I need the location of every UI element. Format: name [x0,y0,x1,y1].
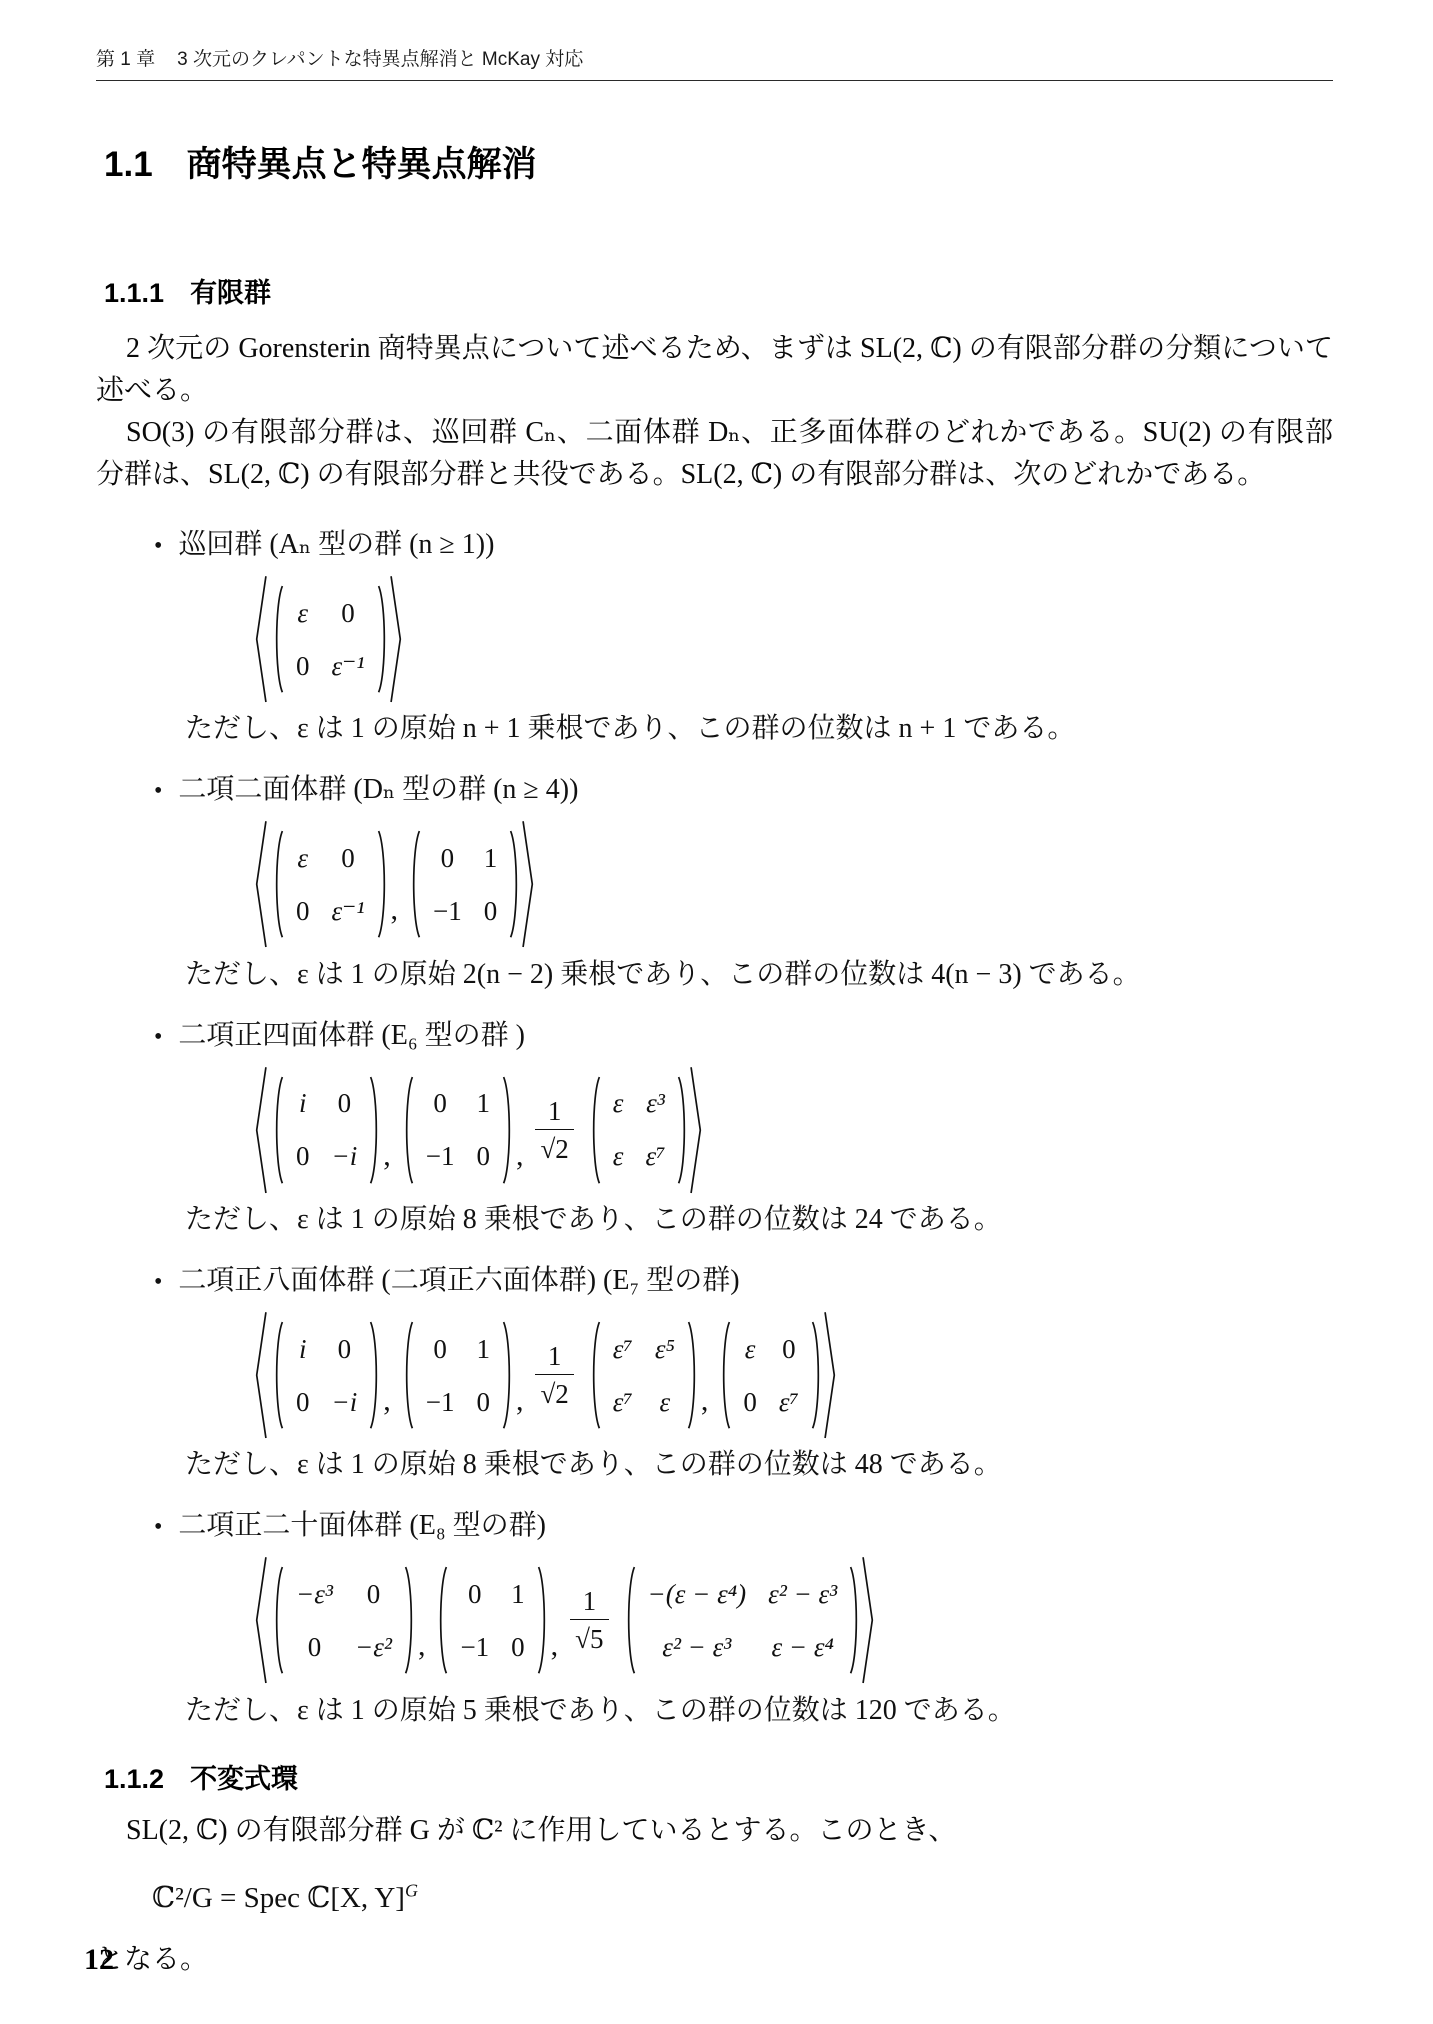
bullet-icon: • [154,1018,162,1056]
matrix-entries: 01−10 [414,1076,502,1184]
matrix-paren-left-icon [588,1076,601,1184]
subsection-title: 有限群 [190,271,271,310]
matrix-entries: 01−10 [414,1321,502,1429]
generator-comma: , [551,1629,559,1663]
angle-left-bracket-icon [254,820,267,948]
matrix-entry: 0 [441,842,455,874]
subsection-heading-finite-groups: 1.1.1 有限群 [104,271,1333,310]
angle-left-bracket-icon [254,1311,267,1439]
subsection-heading-invariant-ring: 1.1.2 不変式環 [104,1757,1333,1796]
bullet-icon: • [154,1263,162,1301]
matrix-entries: ε00ε⁻¹ [284,830,377,938]
coefficient-fraction: 1√2 [535,1341,573,1409]
fraction-denominator: √2 [535,1129,573,1164]
matrix-entries: 01−10 [448,1566,536,1674]
angle-left-bracket-icon [254,1066,267,1194]
matrix-entry: 0 [338,1333,352,1365]
group-item: •二項正四面体群 (E₆ 型の群 )i00−i,01−10,1√2εε³εε⁷た… [96,1017,1333,1240]
formula-superscript: G [405,1880,418,1900]
matrix: εε³εε⁷ [588,1076,691,1184]
matrix-entry: 0 [433,1333,447,1365]
matrix-entry: 0 [468,1578,482,1610]
group-note: ただし、ε は 1 の原始 n + 1 乗根であり、この群の位数は n + 1 … [185,709,1333,749]
matrix-paren-right-icon [811,1321,824,1429]
page-number: 12 [84,1943,114,1977]
matrix-paren-left-icon [401,1321,414,1429]
matrix-entry: ε⁵ [655,1333,675,1365]
matrix: ε⁷ε⁵ε⁷ε [588,1321,700,1429]
matrix-entry: ε [613,1087,624,1119]
paragraph-intro: 2 次元の Gorensterin 商特異点について述べるため、まずは SL(2… [96,328,1333,412]
matrix-paren-right-icon [509,830,522,938]
matrix-entry: 1 [476,1333,490,1365]
angle-right-bracket-icon [390,575,403,703]
matrix-entries: εε³εε⁷ [601,1076,678,1184]
angle-left-bracket-icon [254,575,267,703]
generator-comma: , [418,1629,426,1663]
matrix-paren-left-icon [271,1321,284,1429]
angle-right-bracket-icon [862,1556,875,1684]
group-label: 二項二面体群 (Dₙ 型の群 (n ≥ 4)) [178,771,578,809]
matrix-entry: 0 [296,650,310,682]
matrix-entries: ε00ε⁻¹ [284,585,377,693]
matrix-entry: ε⁷ [645,1140,665,1172]
matrix: 01−10 [401,1321,515,1429]
matrix-entry: 0 [476,1140,490,1172]
matrix-entry: ε⁻¹ [332,650,365,682]
matrix-entry: 0 [484,895,498,927]
matrix-entry: ε − ε⁴ [771,1631,833,1663]
matrix-entry: −1 [433,895,462,927]
matrix-entries: i00−i [284,1321,369,1429]
matrix-entry: 0 [338,1087,352,1119]
group-note: ただし、ε は 1 の原始 8 乗根であり、この群の位数は 48 である。 [185,1445,1333,1485]
fraction-numerator: 1 [548,1341,562,1374]
matrix-entry: ε⁷ [613,1333,633,1365]
group-list: •巡回群 (Aₙ 型の群 (n ≥ 1))ε00ε⁻¹ただし、ε は 1 の原始… [96,526,1333,1731]
generator-comma: , [516,1139,524,1173]
chapter-label: 第 1 章 [96,44,155,71]
matrix-entry: −i [332,1140,358,1172]
matrix-entry: i [299,1087,307,1119]
matrix-paren-right-icon [687,1321,700,1429]
matrix-paren-left-icon [271,830,284,938]
generator-comma: , [383,1139,391,1173]
matrix-entry: 0 [433,1087,447,1119]
angle-right-bracket-icon [522,820,535,948]
matrix-entry: 0 [308,1631,322,1663]
generator-comma: , [516,1384,524,1418]
subsection-number: 1.1.2 [104,1764,164,1795]
matrix: i00−i [271,1076,382,1184]
matrix-paren-left-icon [435,1566,448,1674]
group-note: ただし、ε は 1 の原始 5 乗根であり、この群の位数は 120 である。 [185,1691,1333,1731]
group-label-row: •二項二面体群 (Dₙ 型の群 (n ≥ 4)) [154,771,1333,810]
group-item: •二項二面体群 (Dₙ 型の群 (n ≥ 4))ε00ε⁻¹,01−10ただし、… [96,771,1333,994]
document-page: 第 1 章 3 次元のクレパントな特異点解消と McKay 対応 1.1 商特異… [0,0,1433,2024]
page-header: 第 1 章 3 次元のクレパントな特異点解消と McKay 対応 [96,44,1333,81]
matrix-entries: ε⁷ε⁵ε⁷ε [601,1321,687,1429]
running-header: 第 1 章 3 次元のクレパントな特異点解消と McKay 対応 [96,44,1333,71]
paragraph-invariant: SL(2, ℂ) の有限部分群 G が ℂ² に作用しているとする。このとき、 [96,1810,1333,1852]
matrix-entry: −1 [426,1140,455,1172]
angle-right-bracket-icon [690,1066,703,1194]
matrix-paren-right-icon [377,830,390,938]
bullet-icon: • [154,772,162,810]
matrix-paren-left-icon [401,1076,414,1184]
matrix-entry: ε [745,1333,756,1365]
matrix-paren-left-icon [271,1566,284,1674]
matrix-entry: 0 [743,1386,757,1418]
matrix-paren-right-icon [677,1076,690,1184]
matrix: ε00ε⁻¹ [271,585,390,693]
matrix: 01−10 [435,1566,549,1674]
matrix-paren-right-icon [377,585,390,693]
matrix-entry: 0 [511,1631,525,1663]
matrix-paren-left-icon [718,1321,731,1429]
matrix-entry: ε⁻¹ [332,895,365,927]
fraction-numerator: 1 [548,1096,562,1129]
section-title: 商特異点と特異点解消 [187,137,537,187]
matrix-paren-left-icon [271,585,284,693]
formula-body: ℂ²/G = Spec ℂ[X, Y] [152,1882,405,1914]
matrix-entry: ε [660,1386,671,1418]
matrix-entry: ε [297,842,308,874]
group-label-row: •二項正二十面体群 (E₈ 型の群) [154,1507,1333,1546]
fraction-numerator: 1 [583,1586,597,1619]
matrix-paren-right-icon [369,1076,382,1184]
fraction-denominator: √5 [570,1619,608,1654]
matrix-entry: i [299,1333,307,1365]
matrix-paren-left-icon [623,1566,636,1674]
matrix: −ε³00−ε² [271,1566,417,1674]
section-number: 1.1 [104,145,153,185]
group-generators: i00−i,01−10,1√2εε³εε⁷ [254,1066,1333,1194]
group-note: ただし、ε は 1 の原始 8 乗根であり、この群の位数は 24 である。 [185,1200,1333,1240]
matrix-entries: ε00ε⁷ [731,1321,811,1429]
subsection-number: 1.1.1 [104,278,164,309]
group-generators: ε00ε⁻¹,01−10 [254,820,1333,948]
matrix: ε00ε⁻¹ [271,830,390,938]
matrix-entries: i00−i [284,1076,369,1184]
coefficient-fraction: 1√2 [535,1096,573,1164]
matrix: i00−i [271,1321,382,1429]
coefficient-fraction: 1√5 [570,1586,608,1654]
angle-left-bracket-icon [254,1556,267,1684]
fraction-denominator: √2 [535,1374,573,1409]
matrix-entries: −ε³00−ε² [284,1566,404,1674]
matrix-paren-left-icon [271,1076,284,1184]
matrix-entry: 1 [511,1578,525,1610]
generator-comma: , [701,1384,709,1418]
matrix-entry: −(ε − ε⁴) [648,1578,747,1610]
matrix-entry: ε³ [646,1087,665,1119]
section-heading: 1.1 商特異点と特異点解消 [104,137,1333,187]
matrix-entry: 0 [341,842,355,874]
group-note: ただし、ε は 1 の原始 2(n − 2) 乗根であり、この群の位数は 4(n… [185,955,1333,995]
matrix-entry: 0 [341,597,355,629]
matrix-entry: 0 [296,1386,310,1418]
matrix-entry: 0 [296,1140,310,1172]
matrix-entry: 1 [476,1087,490,1119]
chapter-title: 3 次元のクレパントな特異点解消と McKay 対応 [177,44,583,71]
matrix-entries: −(ε − ε⁴)ε² − ε³ε² − ε³ε − ε⁴ [636,1566,850,1674]
matrix-entry: ε⁷ [613,1386,633,1418]
matrix-entry: ε² − ε³ [768,1578,837,1610]
matrix-entry: ε² − ε³ [662,1631,731,1663]
matrix-paren-right-icon [404,1566,417,1674]
group-generators: ε00ε⁻¹ [254,575,1333,703]
matrix: 01−10 [401,1076,515,1184]
matrix-entry: −1 [426,1386,455,1418]
matrix-entry: ε [613,1140,624,1172]
matrix-entry: −ε³ [296,1578,333,1610]
group-label-row: •二項正四面体群 (E₆ 型の群 ) [154,1017,1333,1056]
group-label: 二項正二十面体群 (E₈ 型の群) [178,1507,546,1545]
matrix: 01−10 [408,830,522,938]
matrix-entry: 1 [484,842,498,874]
angle-right-bracket-icon [824,1311,837,1439]
header-rule [96,80,1333,81]
group-item: •二項正二十面体群 (E₈ 型の群)−ε³00−ε²,01−10,1√5−(ε … [96,1507,1333,1730]
matrix-entry: ε⁷ [779,1386,799,1418]
matrix-paren-right-icon [369,1321,382,1429]
matrix: −(ε − ε⁴)ε² − ε³ε² − ε³ε − ε⁴ [623,1566,863,1674]
group-generators: i00−i,01−10,1√2ε⁷ε⁵ε⁷ε,ε00ε⁷ [254,1311,1333,1439]
group-item: •二項正八面体群 (二項正六面体群) (E₇ 型の群)i00−i,01−10,1… [96,1262,1333,1485]
matrix-paren-right-icon [502,1321,515,1429]
generator-comma: , [383,1384,391,1418]
group-label: 二項正八面体群 (二項正六面体群) (E₇ 型の群) [178,1262,739,1300]
matrix-paren-left-icon [408,830,421,938]
bullet-icon: • [154,1508,162,1546]
matrix-entry: 0 [296,895,310,927]
matrix-entry: −ε² [355,1631,392,1663]
subsection-title: 不変式環 [190,1757,298,1796]
group-item: •巡回群 (Aₙ 型の群 (n ≥ 1))ε00ε⁻¹ただし、ε は 1 の原始… [96,526,1333,749]
group-label: 巡回群 (Aₙ 型の群 (n ≥ 1)) [178,526,494,564]
group-label-row: •巡回群 (Aₙ 型の群 (n ≥ 1)) [154,526,1333,565]
matrix-entry: 0 [367,1578,381,1610]
matrix-entries: 01−10 [421,830,509,938]
matrix-paren-left-icon [588,1321,601,1429]
matrix-entry: −i [332,1386,358,1418]
matrix-entry: 0 [476,1386,490,1418]
group-label: 二項正四面体群 (E₆ 型の群 ) [178,1017,525,1055]
generator-comma: , [391,893,399,927]
matrix-paren-right-icon [849,1566,862,1674]
group-label-row: •二項正八面体群 (二項正六面体群) (E₇ 型の群) [154,1262,1333,1301]
matrix-entry: −1 [460,1631,489,1663]
matrix-entry: 0 [782,1333,796,1365]
paragraph-closing: となる。 [96,1939,1333,1981]
matrix-paren-right-icon [537,1566,550,1674]
invariant-ring-formula: ℂ²/G = Spec ℂ[X, Y]G [152,1880,1333,1915]
matrix-entry: ε [297,597,308,629]
matrix: ε00ε⁷ [718,1321,824,1429]
paragraph-classification: SO(3) の有限部分群は、巡回群 Cₙ、二面体群 Dₙ、正多面体群のどれかであ… [96,412,1333,496]
group-generators: −ε³00−ε²,01−10,1√5−(ε − ε⁴)ε² − ε³ε² − ε… [254,1556,1333,1684]
matrix-paren-right-icon [502,1076,515,1184]
bullet-icon: • [154,527,162,565]
